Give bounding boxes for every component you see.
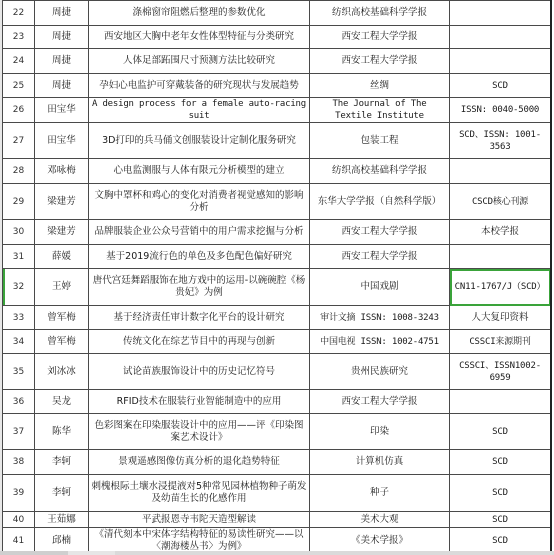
- row-number[interactable]: 39: [3, 475, 35, 512]
- row-number[interactable]: 30: [3, 220, 35, 245]
- table-row: 30梁建芳品牌服装企业公众号营销中的用户需求挖掘与分析西安工程大学学报本校学报: [3, 220, 551, 245]
- title-cell[interactable]: 试论苗族服饰设计中的历史记忆符号: [89, 354, 310, 390]
- journal-cell[interactable]: 计算机仿真: [310, 450, 450, 475]
- title-cell[interactable]: 基于经济责任审计数字化平台的设计研究: [89, 306, 310, 330]
- title-cell[interactable]: 孕妇心电监护可穿戴装备的研究现状与发展趋势: [89, 74, 310, 98]
- table-row: 41邱楠《清代刻本中宋体字结构特征的易读性研究——以〈潮海楼丛书〉为例》《美术学…: [3, 528, 551, 554]
- title-cell[interactable]: 3D打印的兵马俑文创服装设计定制化服务研究: [89, 123, 310, 159]
- author-cell[interactable]: 王茹娜: [35, 512, 89, 528]
- journal-cell[interactable]: 西安工程大学学报: [310, 26, 450, 49]
- title-cell[interactable]: RFID技术在服装行业智能制造中的应用: [89, 390, 310, 414]
- horizontal-scrollbar[interactable]: [0, 551, 554, 555]
- author-cell[interactable]: 陈华: [35, 414, 89, 450]
- table-row: 23周捷西安地区大胸中老年女性体型特征与分类研究西安工程大学学报: [3, 26, 551, 49]
- index-cell[interactable]: SCD: [450, 512, 551, 528]
- scrollbar-thumb[interactable]: [115, 551, 554, 555]
- table-row: 38李轲景观遥感图像仿真分析的退化趋势特征计算机仿真SCD: [3, 450, 551, 475]
- index-cell[interactable]: CSSCI、ISSN1002-6959: [450, 354, 551, 390]
- index-cell[interactable]: CSSCI来源期刊: [450, 330, 551, 354]
- index-cell[interactable]: SCD: [450, 528, 551, 554]
- author-cell[interactable]: 刘冰冰: [35, 354, 89, 390]
- index-cell[interactable]: [450, 245, 551, 269]
- author-cell[interactable]: 周捷: [35, 1, 89, 26]
- table-row: 28邓咏梅心电监测服与人体有限元分析模型的建立纺织高校基础科学学报: [3, 159, 551, 184]
- row-number[interactable]: 34: [3, 330, 35, 354]
- table-row: 39李轲刺槐根际土壤水浸提液对5种常见园林植物种子萌发及幼苗生长的化感作用种子S…: [3, 475, 551, 512]
- row-number[interactable]: 37: [3, 414, 35, 450]
- index-cell[interactable]: [450, 49, 551, 74]
- title-cell[interactable]: 心电监测服与人体有限元分析模型的建立: [89, 159, 310, 184]
- row-number[interactable]: 28: [3, 159, 35, 184]
- author-cell[interactable]: 周捷: [35, 74, 89, 98]
- row-number[interactable]: 32: [3, 269, 35, 306]
- index-cell[interactable]: [450, 159, 551, 184]
- title-cell[interactable]: 基于2019流行色的单色及多色配色偏好研究: [89, 245, 310, 269]
- title-cell[interactable]: 刺槐根际土壤水浸提液对5种常见园林植物种子萌发及幼苗生长的化感作用: [89, 475, 310, 512]
- author-cell[interactable]: 曾军梅: [35, 306, 89, 330]
- author-cell[interactable]: 薛媛: [35, 245, 89, 269]
- table-row: 25周捷孕妇心电监护可穿戴装备的研究现状与发展趋势丝绸SCD: [3, 74, 551, 98]
- journal-cell[interactable]: 纺织高校基础科学学报: [310, 1, 450, 26]
- author-cell[interactable]: 梁建芳: [35, 184, 89, 220]
- journal-cell[interactable]: 中国戏剧: [310, 269, 450, 306]
- title-cell[interactable]: 平武报恩寺韦陀天造型解读: [89, 512, 310, 528]
- right-border: [550, 0, 552, 555]
- author-cell[interactable]: 曾军梅: [35, 330, 89, 354]
- journal-cell[interactable]: 美术大观: [310, 512, 450, 528]
- row-number[interactable]: 24: [3, 49, 35, 74]
- index-cell[interactable]: SCD: [450, 414, 551, 450]
- row-number[interactable]: 25: [3, 74, 35, 98]
- journal-cell[interactable]: 包装工程: [310, 123, 450, 159]
- table-row: 32王婷唐代宫廷舞蹈服饰在地方戏中的运用-以碗碗腔《杨贵妃》为例中国戏剧CN11…: [3, 269, 551, 306]
- title-cell[interactable]: 人体足部跖围尺寸预测方法比较研究: [89, 49, 310, 74]
- table-row: 36吴龙RFID技术在服装行业智能制造中的应用西安工程大学学报: [3, 390, 551, 414]
- index-cell[interactable]: [450, 390, 551, 414]
- author-cell[interactable]: 李轲: [35, 475, 89, 512]
- index-cell[interactable]: 本校学报: [450, 220, 551, 245]
- title-cell[interactable]: 西安地区大胸中老年女性体型特征与分类研究: [89, 26, 310, 49]
- row-number[interactable]: 33: [3, 306, 35, 330]
- title-cell[interactable]: 色彩图案在印染服装设计中的应用——评《印染图案艺术设计》: [89, 414, 310, 450]
- journal-cell[interactable]: 《美术学报》: [310, 528, 450, 554]
- row-number[interactable]: 35: [3, 354, 35, 390]
- row-number[interactable]: 29: [3, 184, 35, 220]
- table-row: 26田宝华A design process for a female auto-…: [3, 98, 551, 123]
- title-cell[interactable]: 传统文化在综艺节目中的再现与创新: [89, 330, 310, 354]
- index-cell[interactable]: SCD: [450, 475, 551, 512]
- title-cell[interactable]: 品牌服装企业公众号营销中的用户需求挖掘与分析: [89, 220, 310, 245]
- table-row: 35刘冰冰试论苗族服饰设计中的历史记忆符号贵州民族研究CSSCI、ISSN100…: [3, 354, 551, 390]
- row-number[interactable]: 26: [3, 98, 35, 123]
- title-cell[interactable]: 景观遥感图像仿真分析的退化趋势特征: [89, 450, 310, 475]
- row-number[interactable]: 38: [3, 450, 35, 475]
- title-cell[interactable]: 文胸中罩杯和鸡心的变化对消费者视觉感知的影响分析: [89, 184, 310, 220]
- author-cell[interactable]: 吴龙: [35, 390, 89, 414]
- journal-cell[interactable]: 审计文摘 ISSN: 1008-3243: [310, 306, 450, 330]
- table-row: 29梁建芳文胸中罩杯和鸡心的变化对消费者视觉感知的影响分析东华大学学报（自然科学…: [3, 184, 551, 220]
- journal-cell[interactable]: 西安工程大学学报: [310, 390, 450, 414]
- index-cell[interactable]: SCD、ISSN: 1001-3563: [450, 123, 551, 159]
- title-cell[interactable]: 唐代宫廷舞蹈服饰在地方戏中的运用-以碗碗腔《杨贵妃》为例: [89, 269, 310, 306]
- table-row: 40王茹娜平武报恩寺韦陀天造型解读美术大观SCD: [3, 512, 551, 528]
- index-cell[interactable]: CSCD核心刊源: [450, 184, 551, 220]
- author-cell[interactable]: 周捷: [35, 49, 89, 74]
- row-number[interactable]: 41: [3, 528, 35, 554]
- index-cell[interactable]: [450, 26, 551, 49]
- journal-cell[interactable]: 印染: [310, 414, 450, 450]
- journal-cell[interactable]: 西安工程大学学报: [310, 49, 450, 74]
- title-cell[interactable]: 《清代刻本中宋体字结构特征的易读性研究——以〈潮海楼丛书〉为例》: [89, 528, 310, 554]
- journal-cell[interactable]: 纺织高校基础科学学报: [310, 159, 450, 184]
- journal-cell[interactable]: 东华大学学报（自然科学版）: [310, 184, 450, 220]
- spreadsheet-grid: 22周捷涤棉窗帘阻燃后整理的参数优化纺织高校基础科学学报23周捷西安地区大胸中老…: [2, 0, 550, 554]
- table-row: 27田宝华3D打印的兵马俑文创服装设计定制化服务研究包装工程SCD、ISSN: …: [3, 123, 551, 159]
- title-cell[interactable]: A design process for a female auto-racin…: [89, 98, 310, 123]
- journal-cell[interactable]: The Journal of The Textile Institute: [310, 98, 450, 123]
- row-number[interactable]: 27: [3, 123, 35, 159]
- author-cell[interactable]: 邓咏梅: [35, 159, 89, 184]
- table-row: 34曾军梅传统文化在综艺节目中的再现与创新中国电视 ISSN: 1002-475…: [3, 330, 551, 354]
- scrollbar-segment: [0, 551, 68, 555]
- journal-cell[interactable]: 中国电视 ISSN: 1002-4751: [310, 330, 450, 354]
- title-cell[interactable]: 涤棉窗帘阻燃后整理的参数优化: [89, 1, 310, 26]
- index-cell[interactable]: SCD: [450, 450, 551, 475]
- author-cell[interactable]: 李轲: [35, 450, 89, 475]
- table-row: 22周捷涤棉窗帘阻燃后整理的参数优化纺织高校基础科学学报: [3, 1, 551, 26]
- table-row: 31薛媛基于2019流行色的单色及多色配色偏好研究西安工程大学学报: [3, 245, 551, 269]
- author-cell[interactable]: 田宝华: [35, 98, 89, 123]
- row-number[interactable]: 36: [3, 390, 35, 414]
- row-number[interactable]: 40: [3, 512, 35, 528]
- index-cell[interactable]: ISSN: 0040-5000: [450, 98, 551, 123]
- table-row: 37陈华色彩图案在印染服装设计中的应用——评《印染图案艺术设计》印染SCD: [3, 414, 551, 450]
- row-number[interactable]: 22: [3, 1, 35, 26]
- author-cell[interactable]: 周捷: [35, 26, 89, 49]
- journal-cell[interactable]: 种子: [310, 475, 450, 512]
- row-number[interactable]: 31: [3, 245, 35, 269]
- journal-cell[interactable]: 西安工程大学学报: [310, 245, 450, 269]
- index-cell[interactable]: [450, 1, 551, 26]
- index-cell[interactable]: SCD: [450, 74, 551, 98]
- index-cell[interactable]: CN11-1767/J（SCD）: [450, 269, 551, 306]
- journal-cell[interactable]: 丝绸: [310, 74, 450, 98]
- author-cell[interactable]: 邱楠: [35, 528, 89, 554]
- journal-cell[interactable]: 贵州民族研究: [310, 354, 450, 390]
- index-cell[interactable]: 人大复印资料: [450, 306, 551, 330]
- table-row: 24周捷人体足部跖围尺寸预测方法比较研究西安工程大学学报: [3, 49, 551, 74]
- paper-list-table: 22周捷涤棉窗帘阻燃后整理的参数优化纺织高校基础科学学报23周捷西安地区大胸中老…: [2, 0, 551, 554]
- author-cell[interactable]: 王婷: [35, 269, 89, 306]
- author-cell[interactable]: 梁建芳: [35, 220, 89, 245]
- author-cell[interactable]: 田宝华: [35, 123, 89, 159]
- row-number[interactable]: 23: [3, 26, 35, 49]
- journal-cell[interactable]: 西安工程大学学报: [310, 220, 450, 245]
- table-row: 33曾军梅基于经济责任审计数字化平台的设计研究审计文摘 ISSN: 1008-3…: [3, 306, 551, 330]
